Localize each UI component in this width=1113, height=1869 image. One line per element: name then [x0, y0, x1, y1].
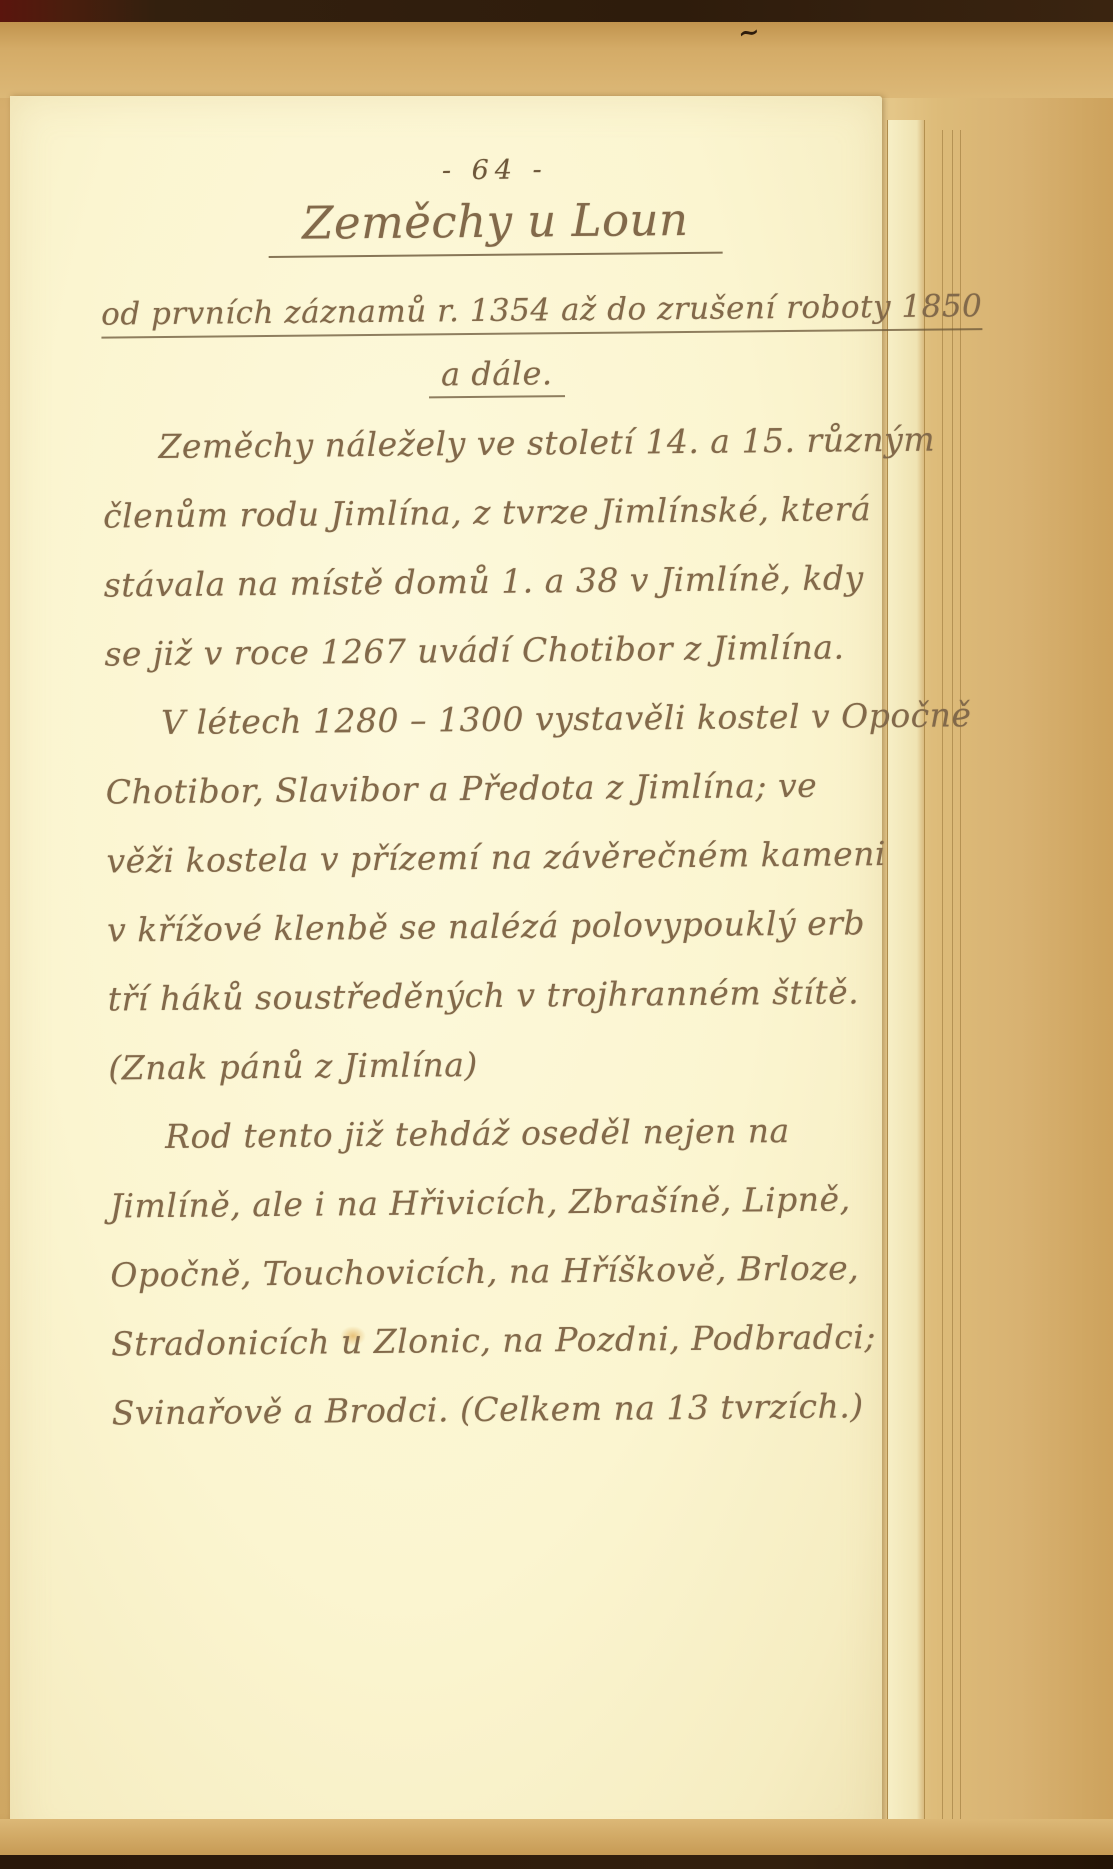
- handwriting-line: Svinařově a Brodci. (Celkem na 13 tvrzíc…: [111, 1371, 902, 1448]
- page-edge-line: [942, 130, 943, 1830]
- page-edge-line: [952, 130, 953, 1830]
- handwriting-line: Jimlíně, ale i na Hřivicích, Zbrašíně, L…: [109, 1164, 900, 1241]
- manuscript-body: Zeměchy náležely ve století 14. a 15. rů…: [102, 405, 902, 1448]
- handwriting-line: V létech 1280 – 1300 vystavěli kostel v …: [105, 681, 896, 758]
- page-title-text: Zeměchy u Loun: [268, 193, 723, 258]
- page-subtitle-text: od prvních záznamů r. 1354 až do zrušení…: [101, 288, 982, 338]
- subtitle-continuation-text: a dále.: [429, 354, 565, 398]
- manuscript-page: - 64 - Zeměchy u Loun od prvních záznamů…: [10, 96, 882, 1852]
- handwriting-line: (Znak pánů z Jimlína): [108, 1026, 899, 1103]
- handwriting-line: Opočně, Touchovicích, na Hříškově, Brloz…: [110, 1233, 901, 1310]
- handwriting-line: v křížové klenbě se nalézá polovypouklý …: [107, 888, 898, 965]
- book-cover-top-edge: [0, 0, 1113, 22]
- book-cover-bottom-edge: [0, 1855, 1113, 1869]
- page-stack-bottom-edge: [0, 1819, 1113, 1855]
- page-edge-line: [960, 130, 961, 1830]
- handwriting-line: Stradonicích u Zlonic, na Pozdni, Podbra…: [111, 1302, 902, 1379]
- handwritten-text-column: - 64 - Zeměchy u Loun od prvních záznamů…: [99, 89, 906, 1853]
- page-title: Zeměchy u Loun: [100, 191, 891, 260]
- handwriting-line: věži kostela v přízemí na závěrečném kam…: [106, 819, 897, 896]
- page-subtitle: od prvních záznamů r. 1354 až do zrušení…: [101, 289, 891, 339]
- handwriting-line: tří háků soustředěných v trojhranném ští…: [107, 957, 898, 1034]
- scanned-book-page: { "colors":{ "paper":"#fbf5d0", "book_ed…: [0, 0, 1113, 1869]
- handwriting-line: se již v roce 1267 uvádí Chotibor z Jiml…: [104, 612, 895, 689]
- handwriting-line: stávala na místě domů 1. a 38 v Jimlíně,…: [103, 543, 894, 620]
- handwriting-line: členům rodu Jimlína, z tvrze Jimlínské, …: [103, 474, 894, 551]
- handwriting-line: Zeměchy náležely ve století 14. a 15. rů…: [102, 405, 893, 482]
- stray-ink-mark: ~: [736, 17, 762, 50]
- subtitle-continuation: a dále.: [102, 351, 892, 402]
- handwriting-line: Rod tento již tehdáž oseděl nejen na: [109, 1095, 900, 1172]
- handwriting-line: Chotibor, Slavibor a Předota z Jimlína; …: [105, 750, 896, 827]
- page-number: - 64 -: [100, 151, 890, 190]
- page-stack-top-edge: [0, 22, 1113, 98]
